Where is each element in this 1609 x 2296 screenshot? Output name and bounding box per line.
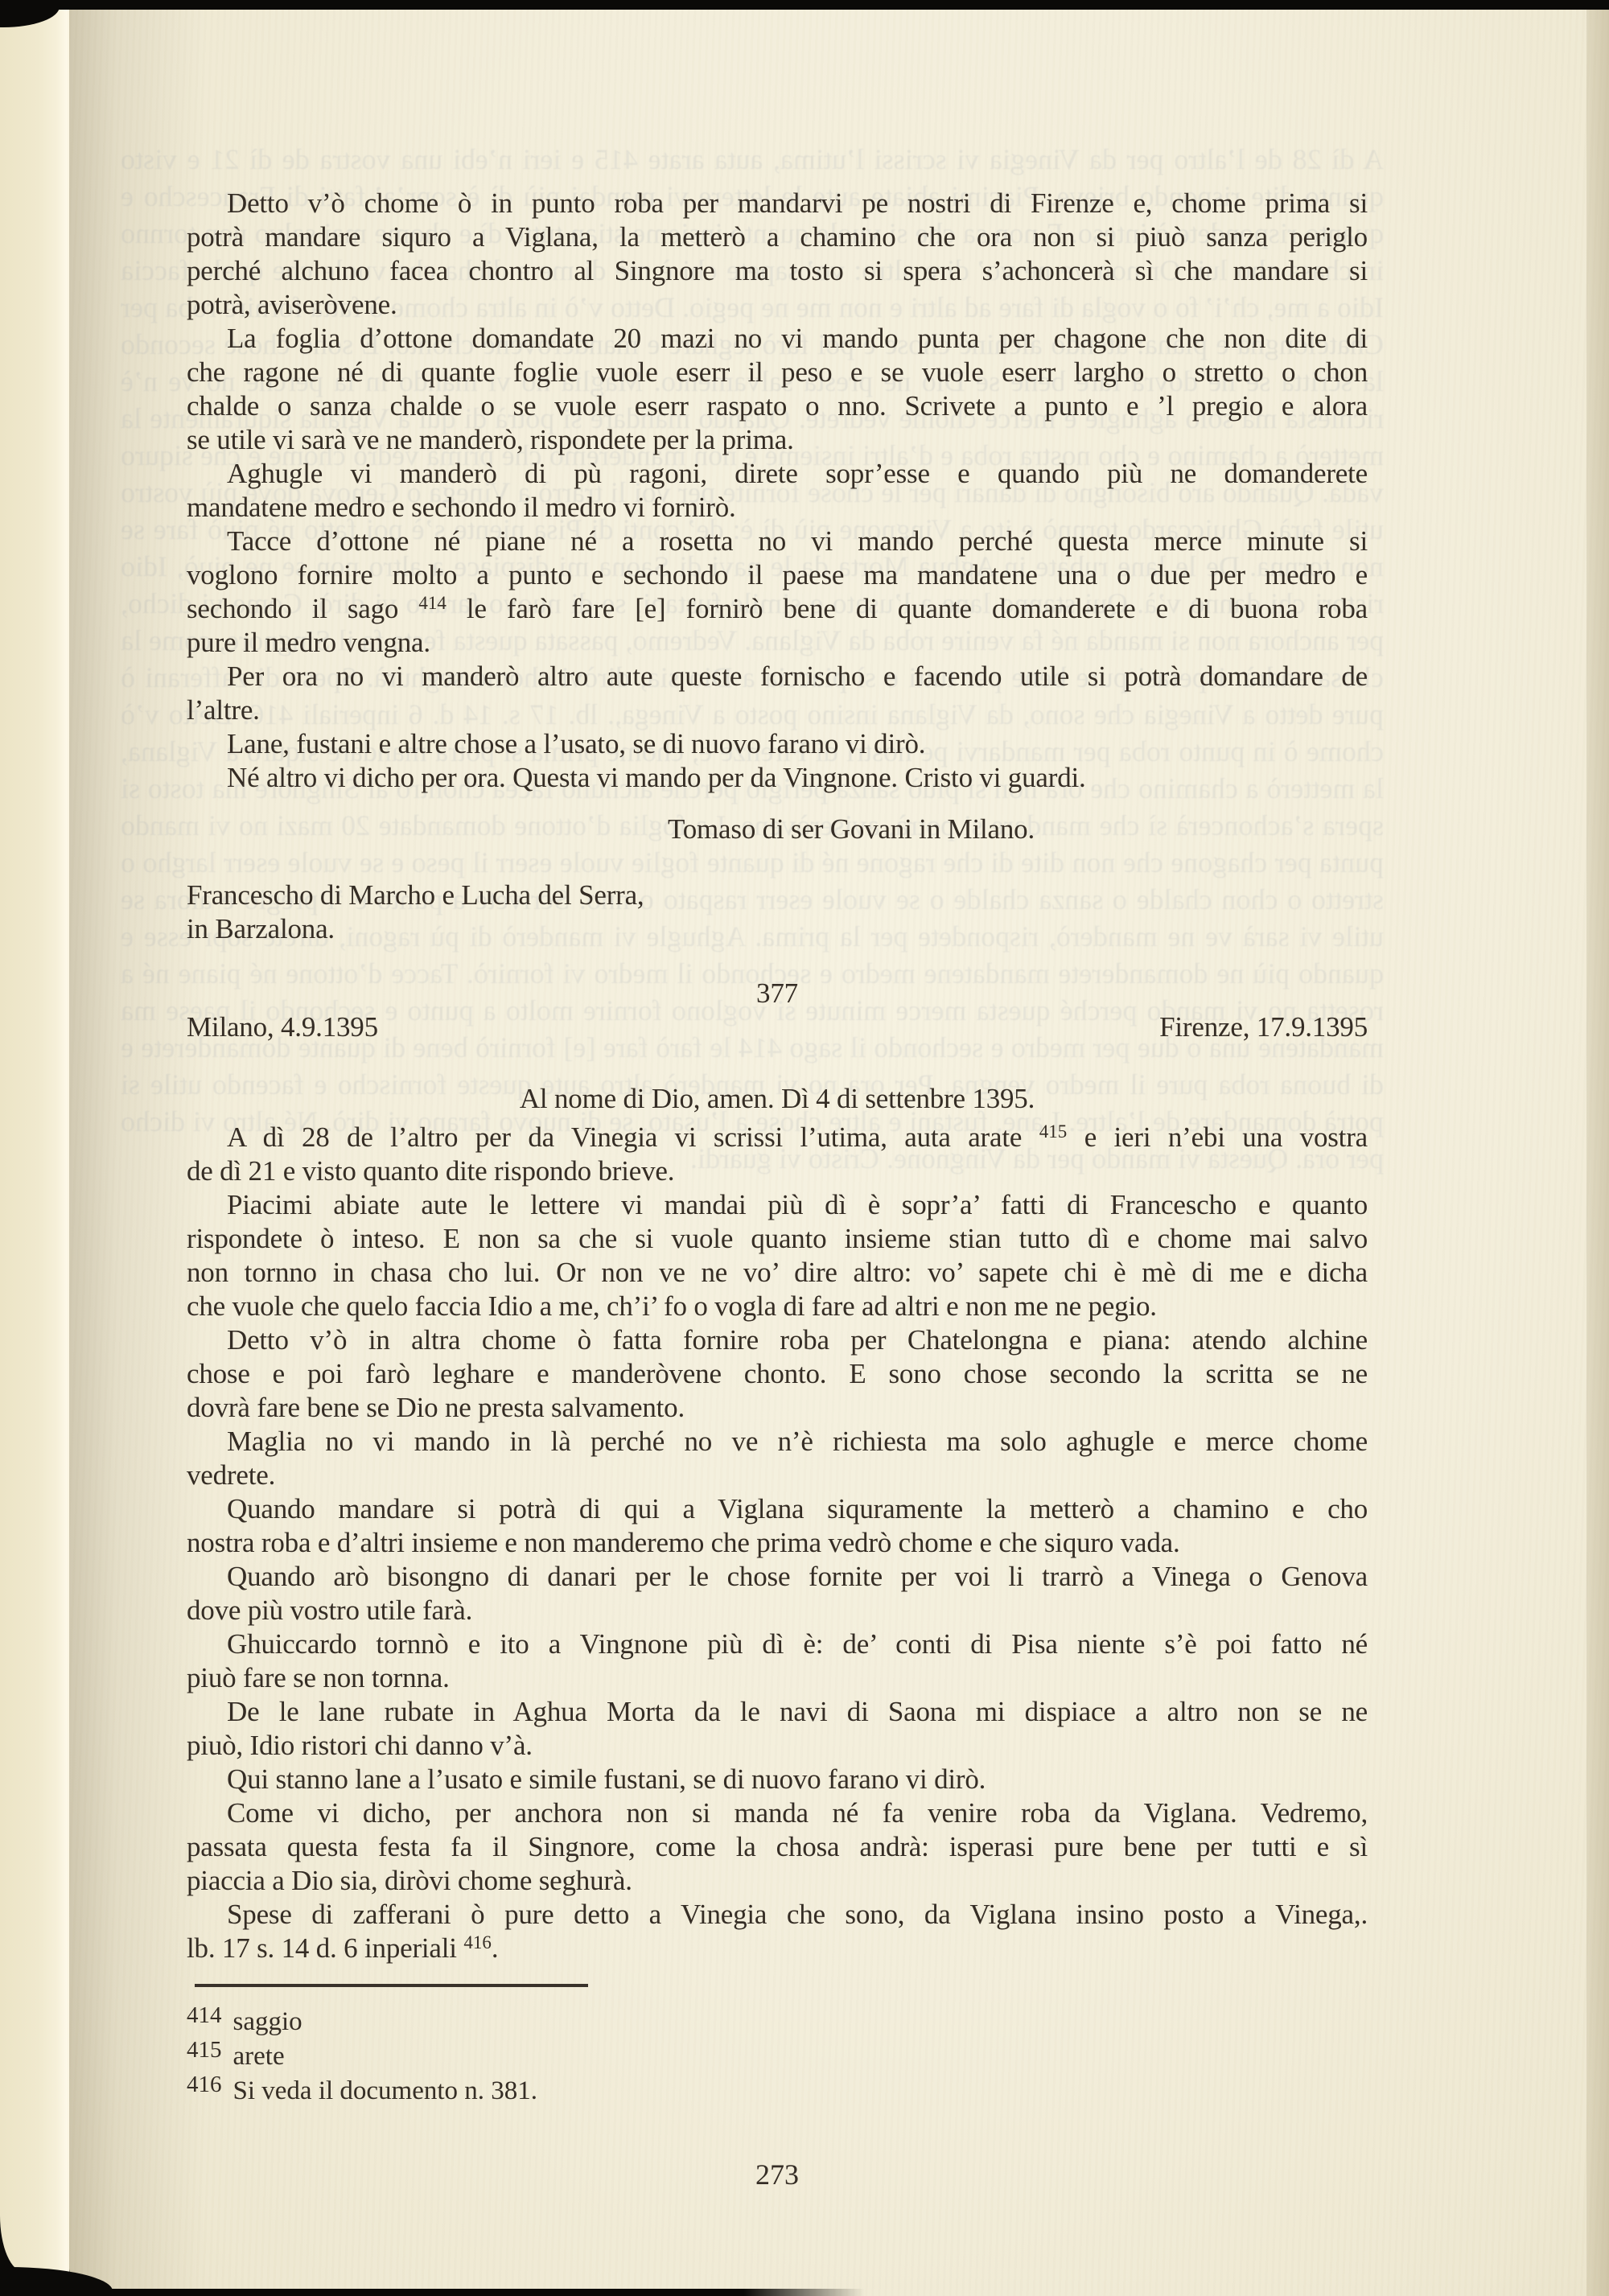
- footnote-text: arete: [233, 2042, 285, 2071]
- text-line: chalde o sanza chalde o se vuole eserr r…: [187, 389, 1368, 423]
- text-line: perché alchuno facea chontro al Singnore…: [187, 254, 1368, 288]
- paragraph: A dì 28 de l’altro per da Vinegia vi scr…: [187, 1121, 1368, 1188]
- text-line: Aghugle vi manderò di pù ragoni, direte …: [187, 457, 1368, 491]
- footnote-ref: 416: [463, 1932, 492, 1952]
- text-line: vedrete.: [187, 1459, 1368, 1492]
- footnote: 416Si veda il documento n. 381.: [187, 2074, 1368, 2109]
- footnote-text: Si veda il documento n. 381.: [233, 2076, 538, 2105]
- text-line: De le lane rubate in Aghua Morta da le n…: [187, 1695, 1368, 1729]
- text-line: nostra roba e d’altri insieme e non mand…: [187, 1526, 1368, 1560]
- text-line: che vuole che quelo faccia Idio a me, ch…: [187, 1290, 1368, 1323]
- paragraph: Lane, fustani e altre chose a l’usato, s…: [187, 727, 1368, 761]
- text-line: l’altre.: [187, 693, 1368, 727]
- paragraph: Spese di zafferani ò pure detto a Vinegi…: [187, 1898, 1368, 1965]
- letter-376-body: Detto v’ò chome ò in punto roba per mand…: [187, 187, 1368, 795]
- paragraph: Quando mandare si potrà di qui a Viglana…: [187, 1492, 1368, 1560]
- dateline-destination: Firenze, 17.9.1395: [1159, 1010, 1368, 1044]
- text-line: rispondete ò inteso. E non sa che si vuo…: [187, 1222, 1368, 1256]
- text-line: potrà mandare siquro a Viglana, la mette…: [187, 220, 1368, 254]
- paragraph: Aghugle vi manderò di pù ragoni, direte …: [187, 457, 1368, 525]
- footnote-number: 415: [187, 2037, 222, 2063]
- scanned-book-page: A dì 28 de l’altro per da Vinegia vi scr…: [0, 0, 1609, 2296]
- footnote: 414saggio: [187, 2005, 1368, 2039]
- text-line: Per ora no vi manderò altro aute queste …: [187, 660, 1368, 693]
- document-number: 377: [187, 977, 1368, 1010]
- paragraph: Detto v’ò chome ò in punto roba per mand…: [187, 187, 1368, 322]
- paragraph: Tacce d’ottone né piane né a rosetta no …: [187, 525, 1368, 660]
- text-line: Tacce d’ottone né piane né a rosetta no …: [187, 525, 1368, 558]
- paragraph: Per ora no vi manderò altro aute queste …: [187, 660, 1368, 727]
- text-line: sechondo il sago 414 le farò fare [e] fo…: [187, 592, 1368, 626]
- text-line: potrà, aviseròvene.: [187, 288, 1368, 322]
- text-line: Maglia no vi mando in là perché no ve n’…: [187, 1425, 1368, 1459]
- footnotes-block: 414saggio415arete416Si veda il documento…: [187, 1984, 1368, 2109]
- paragraph: Detto v’ò in altra chome ò fatta fornire…: [187, 1323, 1368, 1425]
- recipient-address-line: in Barzalona.: [187, 912, 1368, 946]
- page-right-edge: [1586, 10, 1609, 2296]
- text-line: lb. 17 s. 14 d. 6 inperiali 416.: [187, 1932, 1368, 1965]
- adjacent-page-edge: [0, 10, 69, 2272]
- text-line: dove più vostro utile farà.: [187, 1594, 1368, 1627]
- text-line: voglono fornire molto a punto e sechondo…: [187, 558, 1368, 592]
- paragraph: De le lane rubate in Aghua Morta da le n…: [187, 1695, 1368, 1763]
- text-line: Quando arò bisongno di danari per le cho…: [187, 1560, 1368, 1594]
- text-line: de dì 21 e visto quanto dite rispondo br…: [187, 1154, 1368, 1188]
- text-line: Né altro vi dicho per ora. Questa vi man…: [187, 761, 1368, 795]
- text-line: non tornno in chasa cho lui. Or non ve n…: [187, 1256, 1368, 1290]
- footnote-ref: 414: [418, 593, 446, 613]
- footnote-rule: [195, 1984, 588, 1987]
- text-line: Detto v’ò chome ò in punto roba per mand…: [187, 187, 1368, 220]
- paragraph: Piacimi abiate aute le lettere vi mandai…: [187, 1188, 1368, 1323]
- text-line: Ghuiccardo tornnò e ito a Vingnone più d…: [187, 1627, 1368, 1661]
- text-line: passata questa festa fa il Singnore, com…: [187, 1830, 1368, 1864]
- paragraph: Ghuiccardo tornnò e ito a Vingnone più d…: [187, 1627, 1368, 1695]
- text-line: Come vi dicho, per anchora non si manda …: [187, 1796, 1368, 1830]
- text-line: Quando mandare si potrà di qui a Viglana…: [187, 1492, 1368, 1526]
- paragraph: Né altro vi dicho per ora. Questa vi man…: [187, 761, 1368, 795]
- text-line: A dì 28 de l’altro per da Vinegia vi scr…: [187, 1121, 1368, 1154]
- text-line: Qui stanno lane a l’usato e simile fusta…: [187, 1763, 1368, 1796]
- recipient-address-block: Francescho di Marcho e Lucha del Serra, …: [187, 878, 1368, 946]
- text-line: Detto v’ò in altra chome ò fatta fornire…: [187, 1323, 1368, 1357]
- text-line: Piacimi abiate aute le lettere vi mandai…: [187, 1188, 1368, 1222]
- paragraph: Qui stanno lane a l’usato e simile fusta…: [187, 1763, 1368, 1796]
- salutation: Al nome di Dio, amen. Dì 4 di settenbre …: [187, 1082, 1368, 1116]
- text-line: se utile vi sarà ve ne manderò, risponde…: [187, 423, 1368, 457]
- footnote-number: 416: [187, 2072, 222, 2097]
- footnote-list: 414saggio415arete416Si veda il documento…: [187, 2005, 1368, 2109]
- text-line: Lane, fustani e altre chose a l’usato, s…: [187, 727, 1368, 761]
- letter-377-body: A dì 28 de l’altro per da Vinegia vi scr…: [187, 1121, 1368, 1965]
- dateline-origin: Milano, 4.9.1395: [187, 1010, 378, 1044]
- text-line: dovrà fare bene se Dio ne presta salvame…: [187, 1391, 1368, 1425]
- text-line: mandatene medro e sechondo il medro vi f…: [187, 491, 1368, 525]
- scan-bottom-edge: [0, 2289, 865, 2296]
- page-content: Detto v’ò chome ò in punto roba per mand…: [187, 187, 1368, 1965]
- text-line: chose e poi farò leghare e manderòvene c…: [187, 1357, 1368, 1391]
- text-line: che ragone né di quante foglie vuole ese…: [187, 356, 1368, 389]
- text-line: pure il medro vengna.: [187, 626, 1368, 660]
- gutter-shadow: [69, 10, 206, 2296]
- footnote-text: saggio: [233, 2007, 302, 2036]
- scan-top-edge: [0, 0, 1609, 10]
- dateline: Milano, 4.9.1395 Firenze, 17.9.1395: [187, 1010, 1368, 1044]
- text-line: La foglia d’ottone domandate 20 mazi no …: [187, 322, 1368, 356]
- signature-line: Tomaso di ser Govani in Milano.: [187, 813, 1368, 846]
- footnote-ref: 415: [1039, 1121, 1068, 1142]
- page-number: 273: [187, 2158, 1368, 2191]
- text-line: piuò fare se non tornna.: [187, 1661, 1368, 1695]
- paragraph: Maglia no vi mando in là perché no ve n’…: [187, 1425, 1368, 1492]
- text-line: Spese di zafferani ò pure detto a Vinegi…: [187, 1898, 1368, 1932]
- footnote-number: 414: [187, 2002, 222, 2028]
- paragraph: Quando arò bisongno di danari per le cho…: [187, 1560, 1368, 1627]
- text-line: piuò, Idio ristori chi danno v’à.: [187, 1729, 1368, 1763]
- paragraph: La foglia d’ottone domandate 20 mazi no …: [187, 322, 1368, 457]
- recipient-address-line: Francescho di Marcho e Lucha del Serra,: [187, 878, 1368, 912]
- text-line: piaccia a Dio sia, diròvi chome seghurà.: [187, 1864, 1368, 1898]
- paragraph: Come vi dicho, per anchora non si manda …: [187, 1796, 1368, 1898]
- footnote: 415arete: [187, 2039, 1368, 2074]
